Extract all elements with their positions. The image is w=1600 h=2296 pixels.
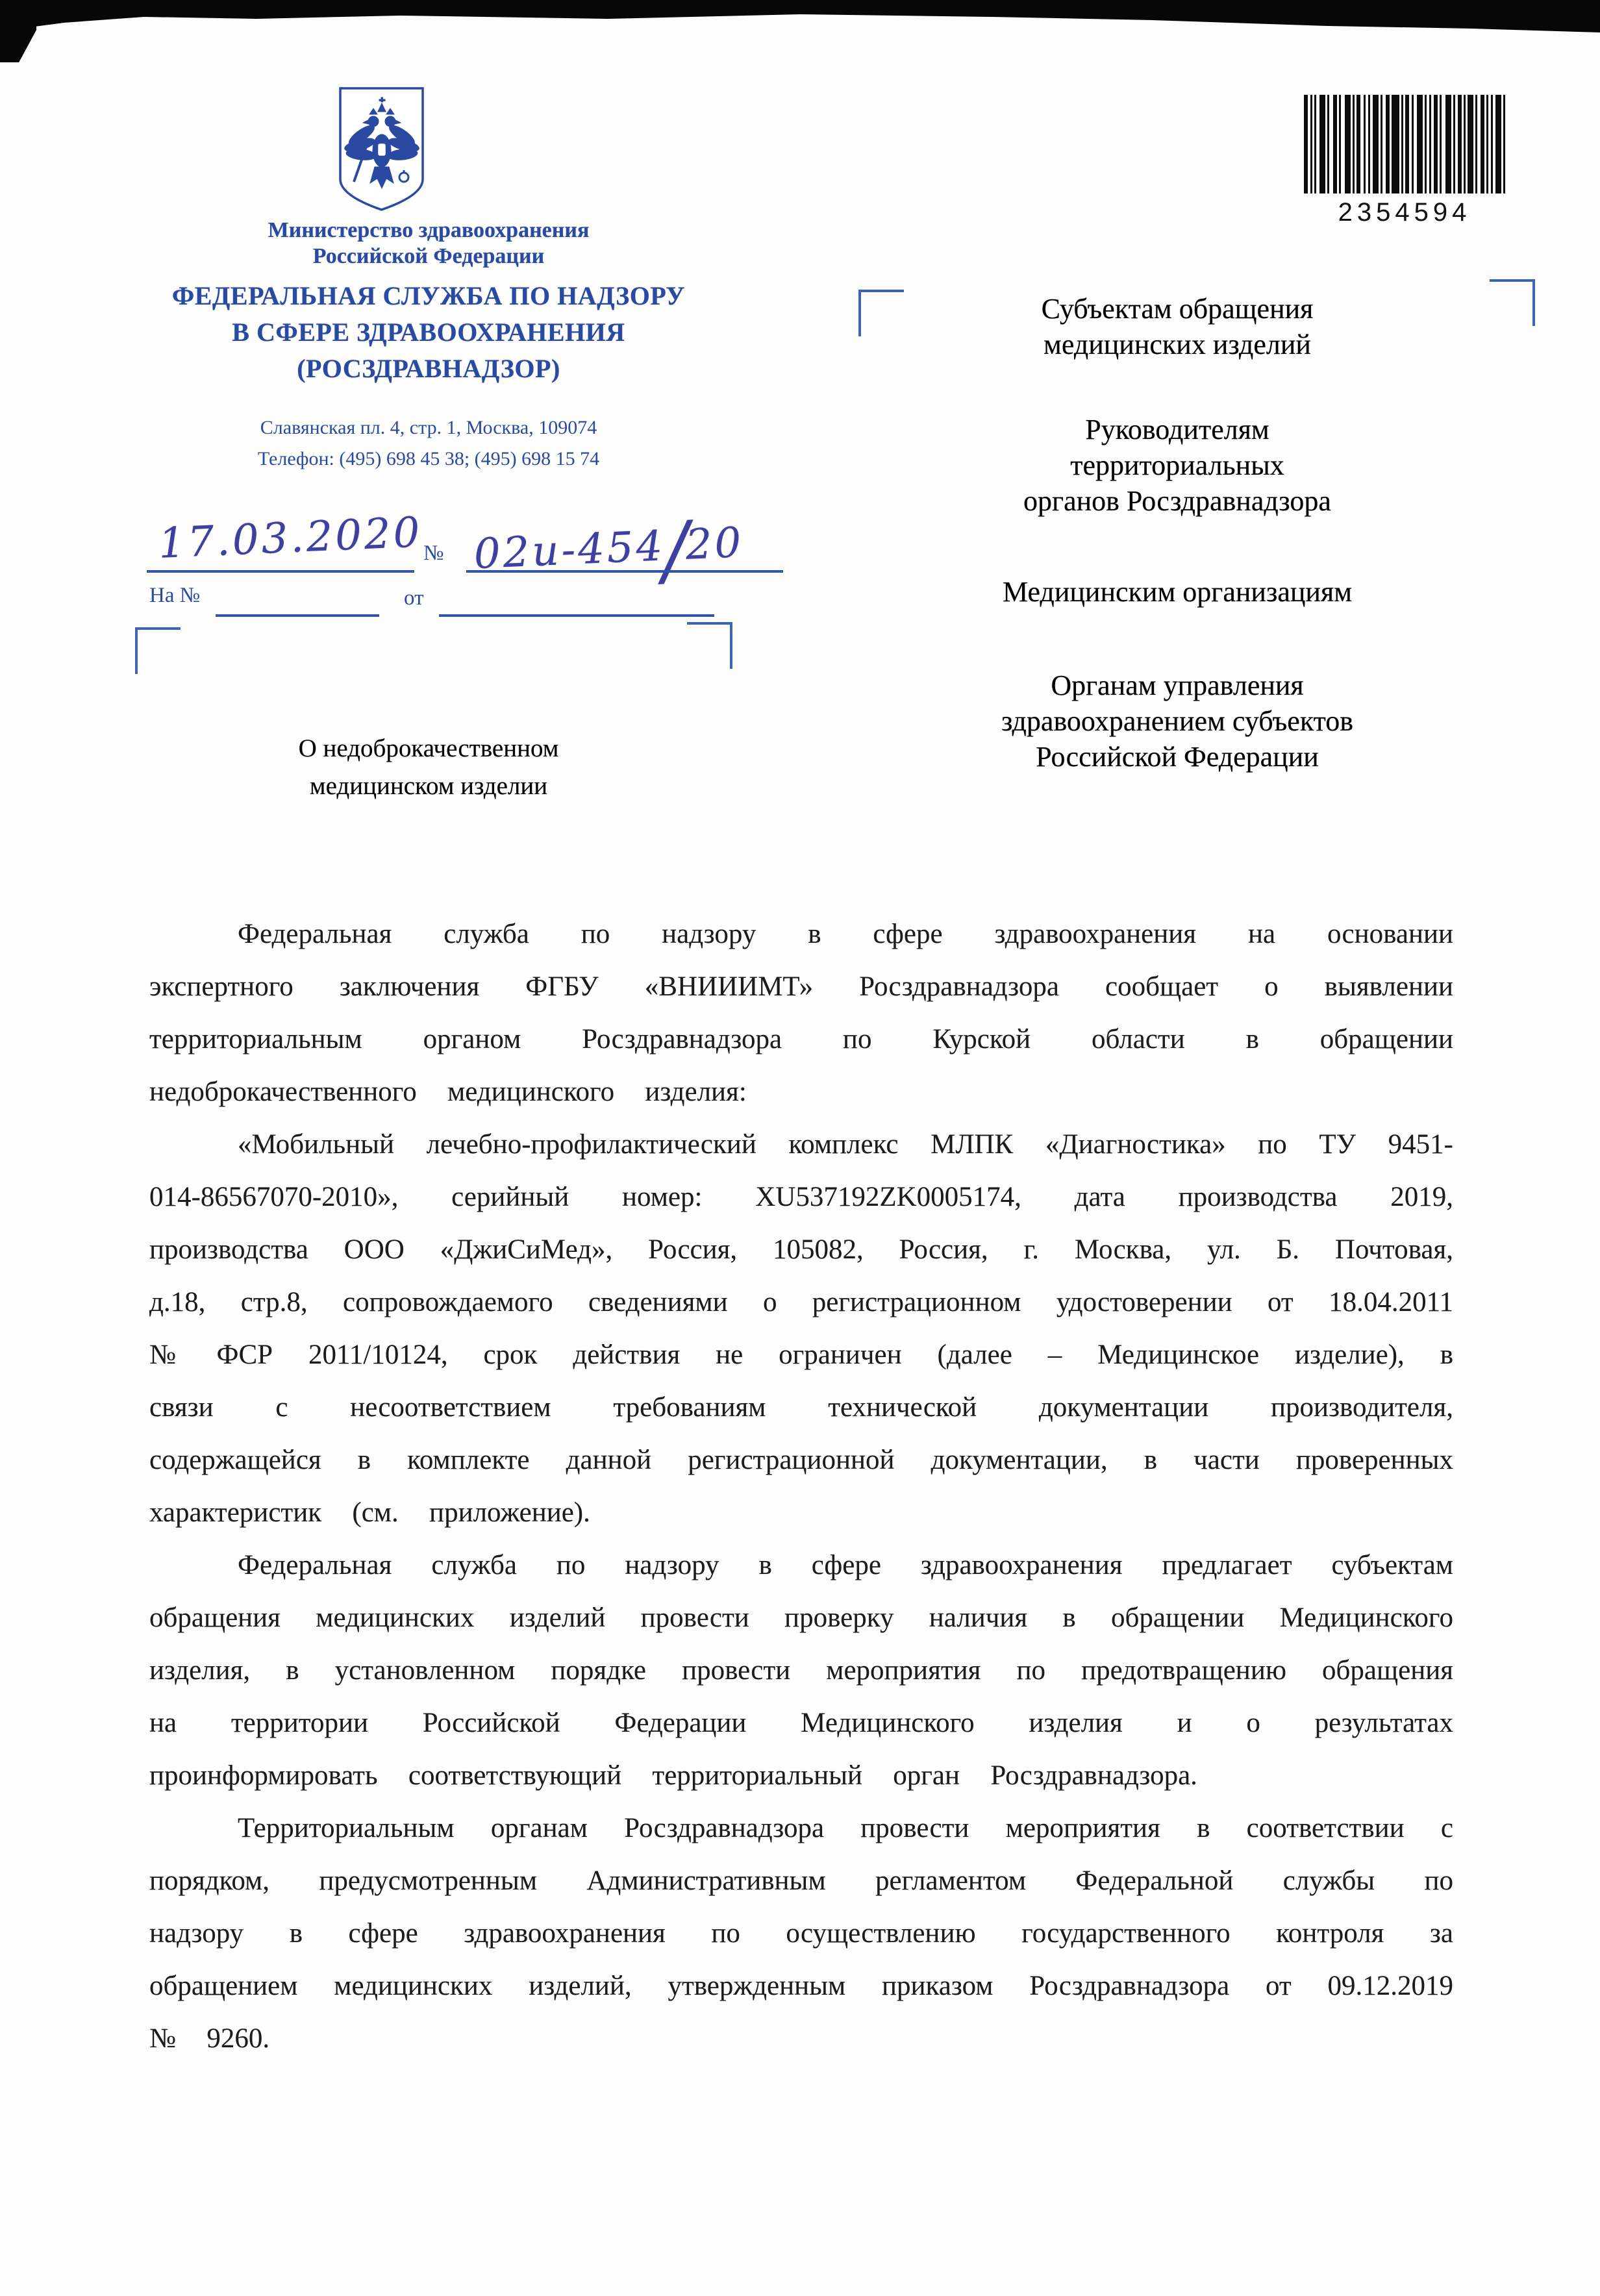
letterhead-phone: Телефон: (495) 698 45 38; (495) 698 15 7… (149, 448, 708, 470)
recipient-line: Субъектам обращения (853, 291, 1502, 327)
reply-number-underline (216, 614, 379, 617)
body-paragraph: Федеральная служба по надзору в сфере зд… (149, 1539, 1453, 1802)
recipient-line: Российской Федерации (853, 739, 1502, 775)
coat-of-arms-icon (336, 84, 427, 218)
recipient-block: Субъектам обращения медицинских изделий (853, 291, 1502, 362)
date-underline (147, 570, 414, 573)
subject-line2: медицинском изделии (149, 767, 708, 805)
service-name-line1: ФЕДЕРАЛЬНАЯ СЛУЖБА ПО НАДЗОРУ (149, 281, 708, 311)
corner-mark-stamp-left (135, 627, 181, 674)
scanned-letter-page: 2354594 Министерство здравоохранения Рос… (0, 0, 1600, 2296)
letterhead-address: Славянская пл. 4, стр. 1, Москва, 109074 (149, 417, 708, 439)
reply-date-underline (439, 614, 714, 617)
scan-artifact-top-band (0, 0, 1600, 32)
recipient-line: медицинских изделий (853, 327, 1502, 362)
letter-body: Федеральная служба по надзору в сфере зд… (149, 908, 1453, 2065)
recipient-block: Руководителям территориальных органов Ро… (853, 412, 1502, 519)
barcode-number: 2354594 (1300, 198, 1509, 227)
barcode-bars (1304, 95, 1505, 193)
number-underline (466, 570, 783, 573)
service-name-line2: В СФЕРЕ ЗДРАВООХРАНЕНИЯ (149, 317, 708, 347)
recipient-line: Медицинским организациям (853, 574, 1502, 610)
recipient-block: Органам управления здравоохранением субъ… (853, 668, 1502, 775)
recipient-line: Органам управления (853, 668, 1502, 703)
subject-block: О недоброкачественном медицинском издели… (149, 730, 708, 805)
handwritten-number: 02и-454/20 (472, 502, 745, 603)
recipient-line: здравоохранением субъектов (853, 703, 1502, 739)
body-paragraph: Федеральная служба по надзору в сфере зд… (149, 908, 1453, 1118)
ministry-name-line1: Министерство здравоохранения (149, 218, 708, 243)
body-paragraph: «Мобильный лечебно-профилактический комп… (149, 1118, 1453, 1539)
ministry-name-line2: Российской Федерации (149, 244, 708, 269)
corner-mark-stamp-right (687, 622, 732, 669)
recipient-block: Медицинским организациям (853, 574, 1502, 610)
recipient-line: территориальных (853, 447, 1502, 483)
body-paragraph: Территориальным органам Росздравнадзора … (149, 1802, 1453, 2065)
recipient-line: органов Росздравнадзора (853, 483, 1502, 519)
subject-line1: О недоброкачественном (149, 730, 708, 767)
reply-ot-label: от (404, 586, 424, 610)
reply-na-no-label: На № (149, 584, 200, 608)
service-name-line3: (РОСЗДРАВНАДЗОР) (149, 353, 708, 384)
scan-artifact-corner-blob (0, 0, 36, 62)
handwritten-date: 17.03.2020 (158, 508, 423, 568)
handwritten-number-suffix: 20 (684, 519, 745, 569)
number-sign: № (423, 542, 444, 566)
recipient-line: Руководителям (853, 412, 1502, 447)
barcode: 2354594 (1300, 95, 1509, 227)
